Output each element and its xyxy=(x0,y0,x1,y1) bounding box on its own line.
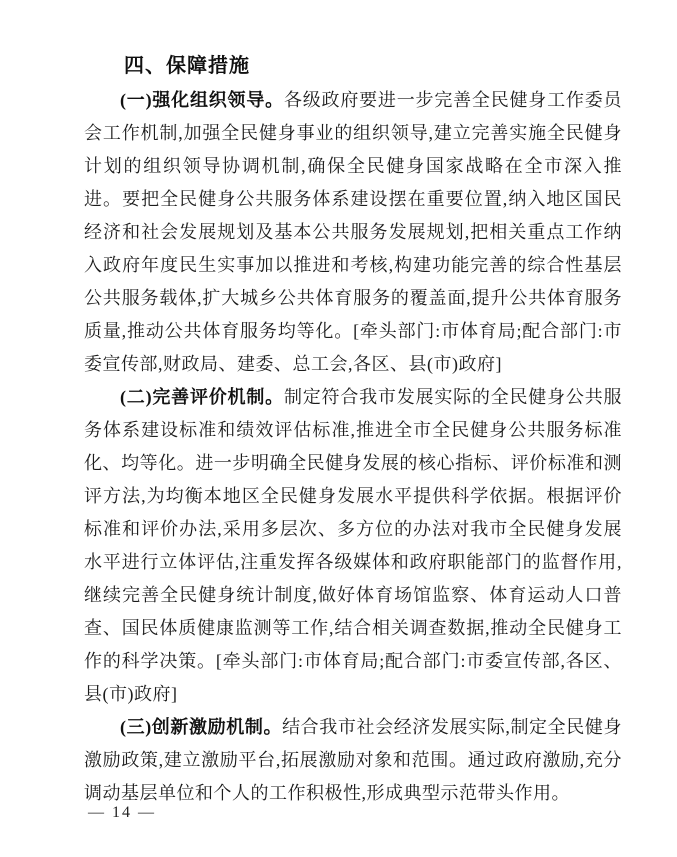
paragraph-3-lead: (三)创新激励机制。 xyxy=(120,717,282,737)
paragraph-1-body: 各级政府要进一步完善全民健身工作委员会工作机制,加强全民健身事业的组织领导,建立… xyxy=(84,90,622,374)
page-number: — 14 — xyxy=(88,804,156,822)
section-heading: 四、保障措施 xyxy=(84,46,622,84)
paragraph-2-body: 制定符合我市发展实际的全民健身公共服务体系建设标准和绩效评估标准,推进全市全民健… xyxy=(84,387,622,704)
paragraph-3: (三)创新激励机制。结合我市社会经济发展实际,制定全民健身激励政策,建立激励平台… xyxy=(84,711,622,810)
paragraph-2: (二)完善评价机制。制定符合我市发展实际的全民健身公共服务体系建设标准和绩效评估… xyxy=(84,381,622,711)
paragraph-1: (一)强化组织领导。各级政府要进一步完善全民健身工作委员会工作机制,加强全民健身… xyxy=(84,84,622,381)
paragraph-2-lead: (二)完善评价机制。 xyxy=(120,387,284,407)
paragraph-1-lead: (一)强化组织领导。 xyxy=(120,90,284,110)
document-content: 四、保障措施 (一)强化组织领导。各级政府要进一步完善全民健身工作委员会工作机制… xyxy=(84,46,622,810)
document-page: 四、保障措施 (一)强化组织领导。各级政府要进一步完善全民健身工作委员会工作机制… xyxy=(0,0,677,857)
